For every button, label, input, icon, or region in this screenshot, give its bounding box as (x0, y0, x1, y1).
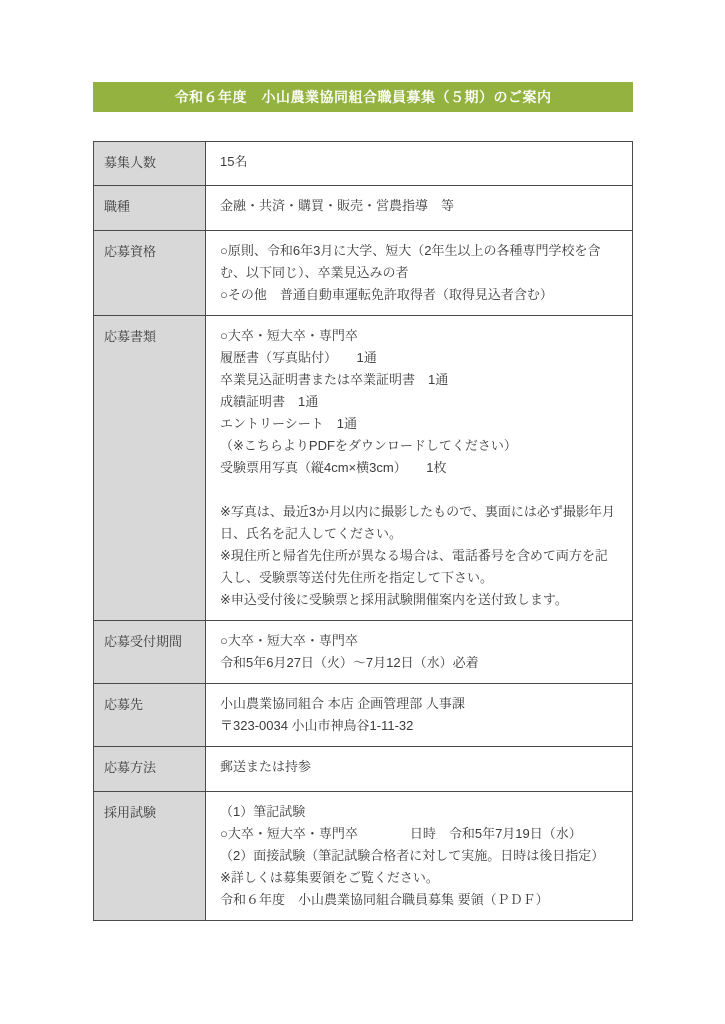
recruitment-info-table: 募集人数 15名 職種 金融・共済・購買・販売・営農指導 等 応募資格 ○原則、… (93, 141, 633, 921)
cell-line: ※申込受付後に受験票と採用試験開催案内を送付致します。 (220, 589, 620, 611)
cell-line: ○大卒・短大卒・専門卒 日時 令和5年7月19日（水） (220, 823, 620, 845)
cell-line: エントリーシート 1通 (220, 413, 620, 435)
cell-line: ※写真は、最近3か月以内に撮影したもので、裏面には必ず撮影年月日、氏名を記入して… (220, 501, 620, 545)
cell-line: （2）面接試験（筆記試験合格者に対して実施。日時は後日指定） (220, 845, 620, 867)
document-content: 令和６年度 小山農業協同組合職員募集（５期）のご案内 募集人数 15名 職種 金… (93, 82, 633, 921)
cell-application-address: 小山農業協同組合 本店 企画管理部 人事課 〒323-0034 小山市神鳥谷1-… (206, 684, 633, 747)
page-title: 令和６年度 小山農業協同組合職員募集（５期）のご案内 (175, 87, 552, 107)
row-documents: 応募書類 ○大卒・短大卒・専門卒 履歴書（写真貼付） 1通 卒業見込証明書または… (94, 316, 633, 621)
cell-line: 郵送または持参 (220, 756, 620, 778)
cell-line: 成績証明書 1通 (220, 391, 620, 413)
cell-job-type: 金融・共済・購買・販売・営農指導 等 (206, 186, 633, 231)
cell-documents: ○大卒・短大卒・専門卒 履歴書（写真貼付） 1通 卒業見込証明書または卒業証明書… (206, 316, 633, 621)
row-exam: 採用試験 （1）筆記試験 ○大卒・短大卒・専門卒 日時 令和5年7月19日（水）… (94, 792, 633, 921)
row-label-job-type: 職種 (94, 186, 206, 231)
cell-line-pdf-download-note: （※こちらよりPDFをダウンロードしてください） (220, 435, 620, 457)
row-label-application-method: 応募方法 (94, 747, 206, 792)
row-qualifications: 応募資格 ○原則、令和6年3月に大学、短大（2年生以上の各種専門学校を含む、以下… (94, 231, 633, 316)
document-page: 令和６年度 小山農業協同組合職員募集（５期）のご案内 募集人数 15名 職種 金… (0, 0, 725, 1024)
cell-line: ○原則、令和6年3月に大学、短大（2年生以上の各種専門学校を含む、以下同じ）、卒… (220, 240, 620, 284)
cell-line: 小山農業協同組合 本店 企画管理部 人事課 (220, 693, 620, 715)
row-label-documents: 応募書類 (94, 316, 206, 621)
cell-qualifications: ○原則、令和6年3月に大学、短大（2年生以上の各種専門学校を含む、以下同じ）、卒… (206, 231, 633, 316)
cell-line: ※詳しくは募集要領をご覧ください。 (220, 867, 620, 889)
cell-line: 金融・共済・購買・販売・営農指導 等 (220, 195, 620, 217)
cell-line: 令和5年6月27日（火）～7月12日（水）必着 (220, 652, 620, 674)
cell-recruit-count: 15名 (206, 142, 633, 186)
title-banner: 令和６年度 小山農業協同組合職員募集（５期）のご案内 (93, 82, 633, 112)
cell-line: ※現住所と帰省先住所が異なる場合は、電話番号を含めて両方を記入し、受験票等送付先… (220, 545, 620, 589)
cell-line: 15名 (220, 151, 620, 173)
row-job-type: 職種 金融・共済・購買・販売・営農指導 等 (94, 186, 633, 231)
cell-line: ○大卒・短大卒・専門卒 (220, 630, 620, 652)
row-label-exam: 採用試験 (94, 792, 206, 921)
cell-application-method: 郵送または持参 (206, 747, 633, 792)
cell-line: 履歴書（写真貼付） 1通 (220, 347, 620, 369)
cell-line: 卒業見込証明書または卒業証明書 1通 (220, 369, 620, 391)
cell-line: ○その他 普通自動車運転免許取得者（取得見込者含む） (220, 284, 620, 306)
cell-application-period: ○大卒・短大卒・専門卒 令和5年6月27日（火）～7月12日（水）必着 (206, 621, 633, 684)
cell-line: ○大卒・短大卒・専門卒 (220, 325, 620, 347)
row-label-recruit-count: 募集人数 (94, 142, 206, 186)
blank-line (220, 479, 620, 501)
row-application-period: 応募受付期間 ○大卒・短大卒・専門卒 令和5年6月27日（火）～7月12日（水）… (94, 621, 633, 684)
cell-exam: （1）筆記試験 ○大卒・短大卒・専門卒 日時 令和5年7月19日（水） （2）面… (206, 792, 633, 921)
row-recruit-count: 募集人数 15名 (94, 142, 633, 186)
row-application-method: 応募方法 郵送または持参 (94, 747, 633, 792)
cell-line: 受験票用写真（縦4cm×横3cm） 1枚 (220, 457, 620, 479)
row-label-application-address: 応募先 (94, 684, 206, 747)
row-label-application-period: 応募受付期間 (94, 621, 206, 684)
row-label-qualifications: 応募資格 (94, 231, 206, 316)
row-application-address: 応募先 小山農業協同組合 本店 企画管理部 人事課 〒323-0034 小山市神… (94, 684, 633, 747)
cell-line-pdf-guideline: 令和６年度 小山農業協同組合職員募集 要領（ＰＤＦ） (220, 889, 620, 911)
cell-line: 〒323-0034 小山市神鳥谷1-11-32 (220, 715, 620, 737)
cell-line: （1）筆記試験 (220, 801, 620, 823)
